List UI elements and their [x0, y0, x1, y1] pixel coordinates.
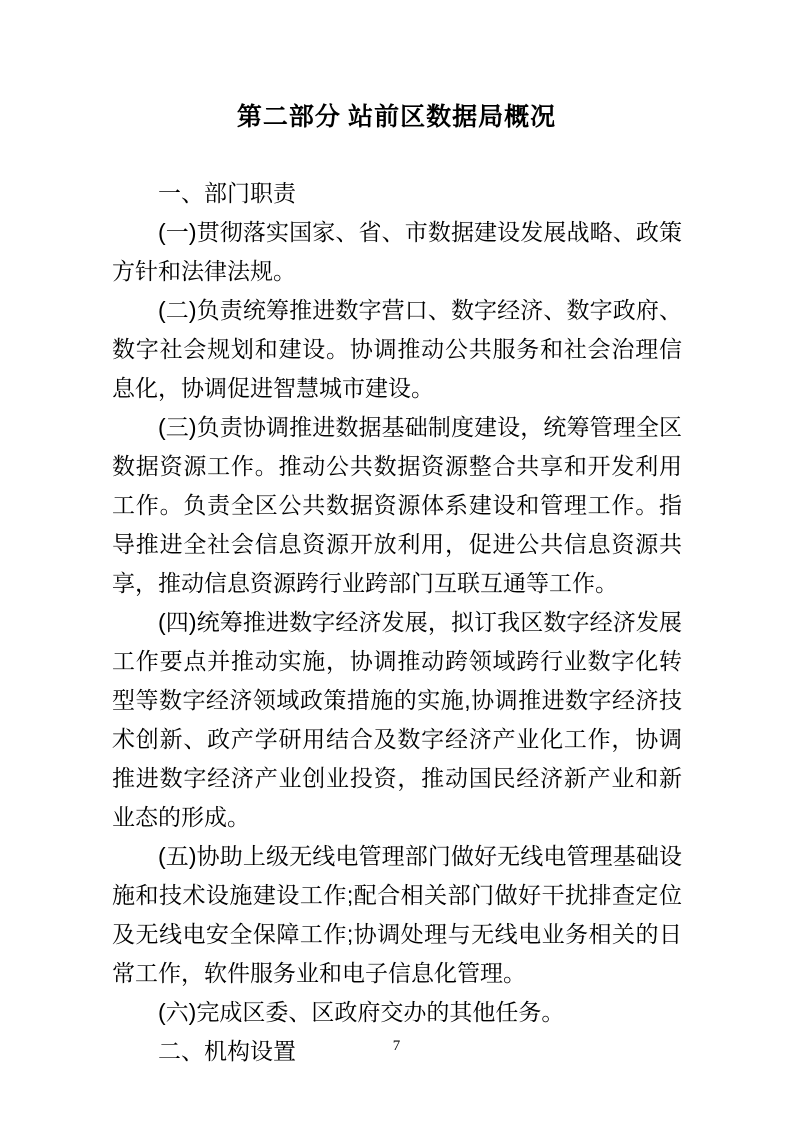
paragraph: (四)统筹推进数字经济发展，拟订我区数字经济发展工作要点并推动实施，协调推动跨领… — [112, 603, 682, 837]
paragraph: (三)负责协调推进数据基础制度建设，统筹管理全区数据资源工作。推动公共数据资源整… — [112, 408, 682, 603]
section-heading: 一、部门职责 — [112, 174, 682, 213]
paragraph: (六)完成区委、区政府交办的其他任务。 — [112, 993, 682, 1032]
paragraph: (二)负责统筹推进数字营口、数字经济、数字政府、数字社会规划和建设。协调推动公共… — [112, 291, 682, 408]
document-body: 一、部门职责(一)贯彻落实国家、省、市数据建设发展战略、政策方针和法律法规。(二… — [112, 174, 682, 1071]
document-page: 第二部分 站前区数据局概况 一、部门职责(一)贯彻落实国家、省、市数据建设发展战… — [0, 0, 793, 1122]
page-number: 7 — [0, 1038, 793, 1055]
paragraph: (五)协助上级无线电管理部门做好无线电管理基础设施和技术设施建设工作;配合相关部… — [112, 837, 682, 993]
document-title: 第二部分 站前区数据局概况 — [0, 97, 793, 133]
paragraph: (一)贯彻落实国家、省、市数据建设发展战略、政策方针和法律法规。 — [112, 213, 682, 291]
